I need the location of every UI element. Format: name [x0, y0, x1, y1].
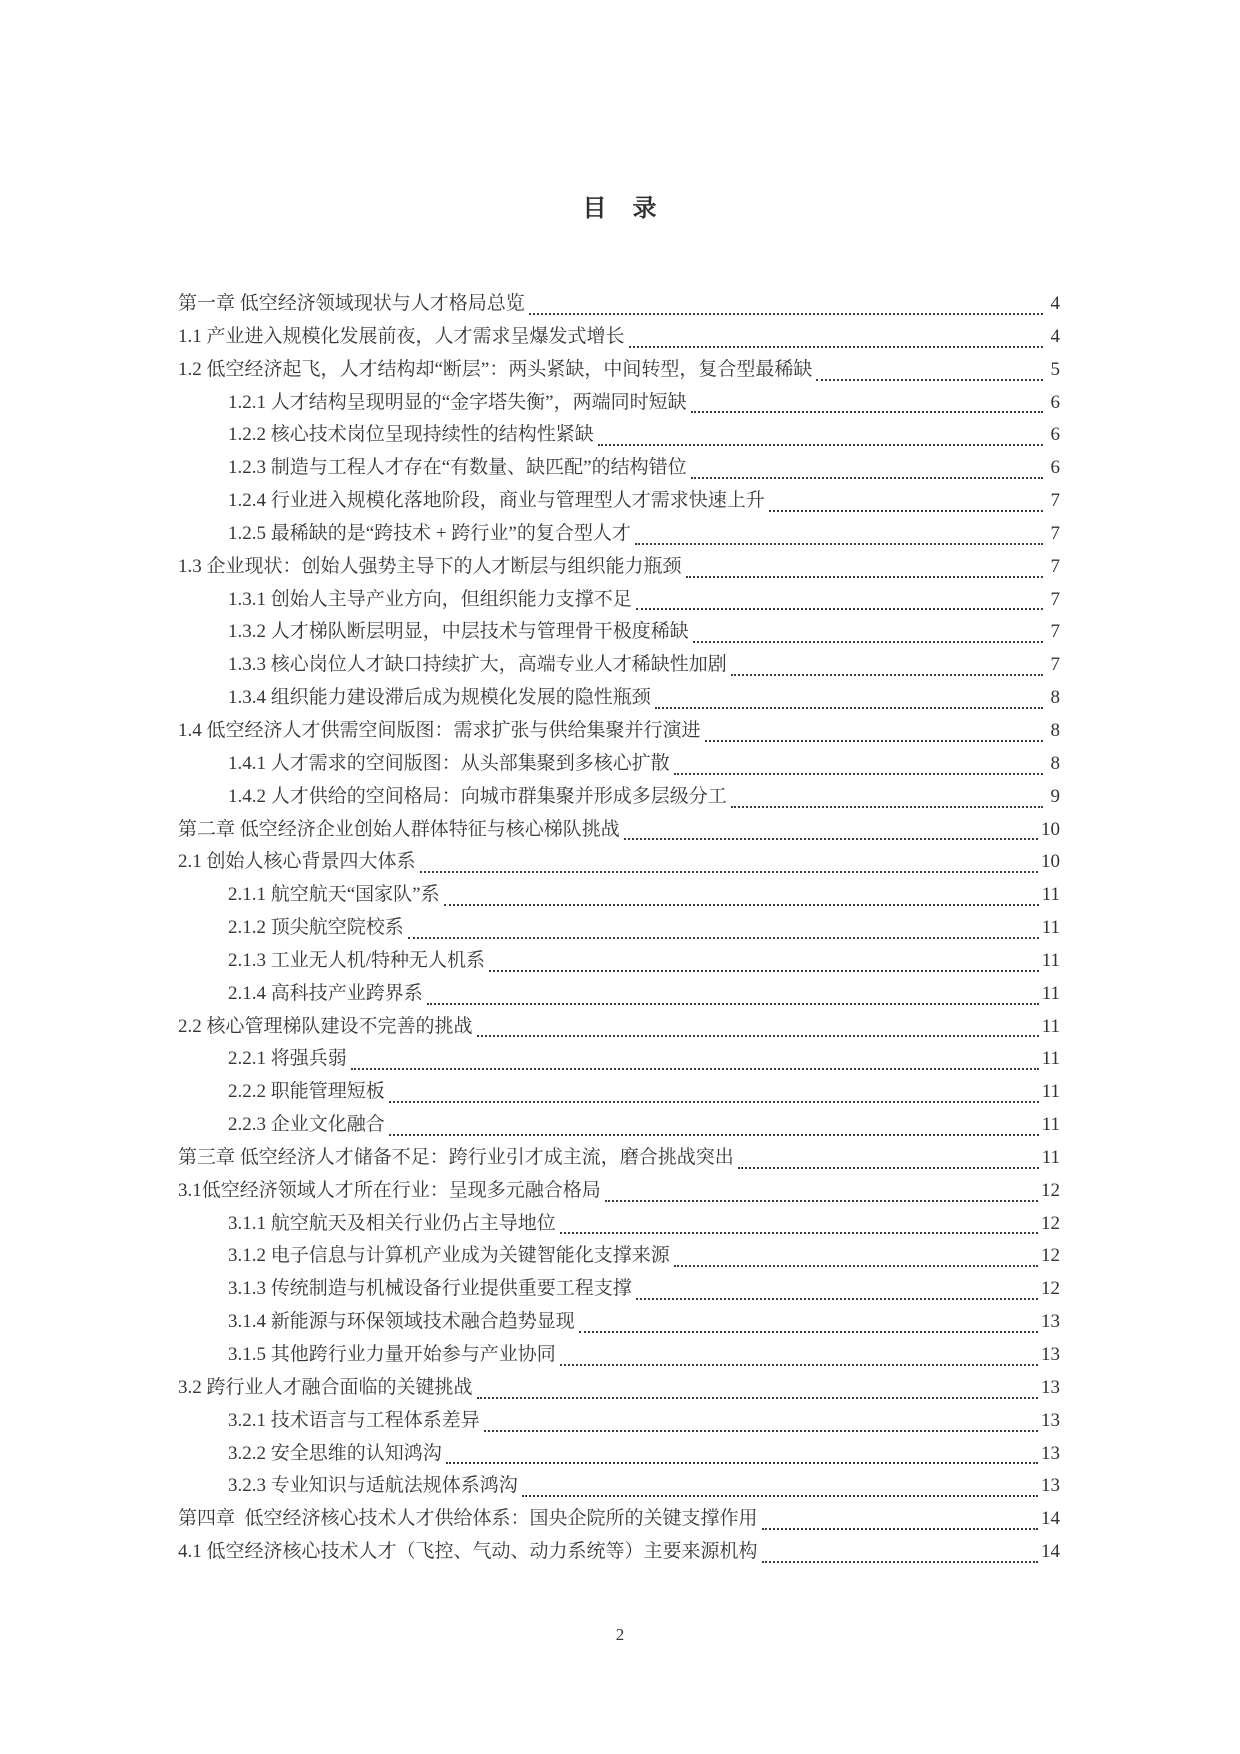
toc-entry-page: 5 — [1046, 359, 1060, 381]
toc-entry-page: 11 — [1042, 983, 1060, 1005]
toc-entry-page: 4 — [1046, 326, 1060, 348]
toc-leader-dots — [489, 970, 1039, 972]
toc-entry-label: 1.1 产业进入规模化发展前夜，人才需求呈爆发式增长 — [178, 321, 625, 348]
toc-leader-dots — [629, 346, 1043, 348]
toc-entry[interactable]: 第四章 低空经济核心技术人才供给体系：国央企院所的关键支撑作用 14 — [178, 1503, 1060, 1536]
toc-entry-page: 11 — [1042, 1048, 1060, 1070]
toc-leader-dots — [636, 1298, 1038, 1300]
toc-entry-label: 3.1.4 新能源与环保领域技术融合趋势显现 — [228, 1306, 575, 1333]
toc-entry-label: 第一章 低空经济领域现状与人才格局总览 — [178, 288, 525, 315]
toc-entry[interactable]: 1.2.4 行业进入规模化落地阶段，商业与管理型人才需求快速上升 7 — [178, 485, 1060, 518]
toc-leader-dots — [635, 543, 1043, 545]
toc-entry-page: 11 — [1042, 1016, 1060, 1038]
toc-entry-page: 9 — [1046, 786, 1060, 808]
toc-entry-label: 1.3.2 人才梯队断层明显，中层技术与管理骨干极度稀缺 — [228, 616, 689, 643]
toc-entry[interactable]: 第二章 低空经济企业创始人群体特征与核心梯队挑战 10 — [178, 814, 1060, 847]
toc-entry-page: 8 — [1046, 753, 1060, 775]
toc-entry-page: 10 — [1041, 851, 1060, 873]
toc-entry-label: 1.2.3 制造与工程人才存在“有数量、缺匹配”的结构错位 — [228, 452, 687, 479]
toc-leader-dots — [674, 1265, 1038, 1267]
toc-entry-page: 11 — [1042, 1147, 1060, 1169]
toc-entry-label: 3.2.1 技术语言与工程体系差异 — [228, 1405, 480, 1432]
toc-leader-dots — [427, 1003, 1039, 1005]
toc-entry-page: 7 — [1046, 589, 1060, 611]
toc-entry[interactable]: 1.3.4 组织能力建设滞后成为规模化发展的隐性瓶颈 8 — [178, 682, 1060, 715]
toc-leader-dots — [446, 1462, 1038, 1464]
toc-leader-dots — [477, 1397, 1038, 1399]
toc-leader-dots — [731, 806, 1043, 808]
toc-leader-dots — [579, 1331, 1038, 1333]
toc-entry-label: 2.1.3 工业无人机/特种无人机系 — [228, 945, 485, 972]
toc-entry[interactable]: 1.2.3 制造与工程人才存在“有数量、缺匹配”的结构错位 6 — [178, 452, 1060, 485]
toc-leader-dots — [605, 1200, 1038, 1202]
toc-leader-dots — [762, 1561, 1038, 1563]
toc-entry-label: 3.1.3 传统制造与机械设备行业提供重要工程支撑 — [228, 1273, 632, 1300]
toc-entry-label: 2.1.2 顶尖航空院校系 — [228, 912, 404, 939]
toc-leader-dots — [389, 1134, 1039, 1136]
toc-leader-dots — [444, 904, 1039, 906]
toc-entry[interactable]: 3.2.3 专业知识与适航法规体系鸿沟 13 — [178, 1470, 1060, 1503]
toc-entry[interactable]: 2.1.1 航空航天“国家队”系 11 — [178, 879, 1060, 912]
toc-entry-label: 3.2.2 安全思维的认知鸿沟 — [228, 1438, 442, 1465]
toc-entry[interactable]: 1.4.1 人才需求的空间版图：从头部集聚到多核心扩散 8 — [178, 748, 1060, 781]
toc-entry-label: 1.2.2 核心技术岗位呈现持续性的结构性紧缺 — [228, 419, 594, 446]
toc-entry-label: 2.2 核心管理梯队建设不完善的挑战 — [178, 1011, 473, 1038]
toc-entry[interactable]: 1.2.2 核心技术岗位呈现持续性的结构性紧缺 6 — [178, 419, 1060, 452]
toc-entry-page: 7 — [1046, 523, 1060, 545]
toc-leader-dots — [816, 379, 1043, 381]
toc-entry-label: 3.1低空经济领域人才所在行业：呈现多元融合格局 — [178, 1175, 601, 1202]
toc-entry-page: 11 — [1042, 1081, 1060, 1103]
toc-entry[interactable]: 2.1 创始人核心背景四大体系 10 — [178, 846, 1060, 879]
toc-entry-label: 第四章 低空经济核心技术人才供给体系：国央企院所的关键支撑作用 — [178, 1503, 758, 1530]
toc-entry-label: 2.2.1 将强兵弱 — [228, 1043, 347, 1070]
toc-entry-label: 1.3.3 核心岗位人才缺口持续扩大，高端专业人才稀缺性加剧 — [228, 649, 727, 676]
toc-entry[interactable]: 3.2.2 安全思维的认知鸿沟 13 — [178, 1438, 1060, 1471]
toc-leader-dots — [389, 1101, 1039, 1103]
toc-entry[interactable]: 2.1.3 工业无人机/特种无人机系 11 — [178, 945, 1060, 978]
toc-leader-dots — [484, 1430, 1038, 1432]
toc-entry-page: 6 — [1046, 457, 1060, 479]
toc-entry-page: 7 — [1046, 621, 1060, 643]
toc-entry-page: 12 — [1041, 1213, 1060, 1235]
toc-leader-dots — [560, 1232, 1038, 1234]
toc-entry[interactable]: 3.1.4 新能源与环保领域技术融合趋势显现 13 — [178, 1306, 1060, 1339]
toc-entry[interactable]: 1.4.2 人才供给的空间格局：向城市群集聚并形成多层级分工 9 — [178, 781, 1060, 814]
toc-entry-page: 11 — [1042, 917, 1060, 939]
toc-entry[interactable]: 3.1.5 其他跨行业力量开始参与产业协同 13 — [178, 1339, 1060, 1372]
toc-entry[interactable]: 2.2.1 将强兵弱 11 — [178, 1043, 1060, 1076]
toc-entry-label: 第二章 低空经济企业创始人群体特征与核心梯队挑战 — [178, 814, 620, 841]
toc-entry-page: 8 — [1046, 687, 1060, 709]
toc-leader-dots — [477, 1035, 1039, 1037]
toc-entry-page: 6 — [1046, 424, 1060, 446]
toc-entry-label: 1.3.1 创始人主导产业方向，但组织能力支撑不足 — [228, 584, 632, 611]
toc-entry[interactable]: 1.3.2 人才梯队断层明显，中层技术与管理骨干极度稀缺 7 — [178, 616, 1060, 649]
toc-entry-page: 12 — [1041, 1278, 1060, 1300]
toc-entry[interactable]: 1.1 产业进入规模化发展前夜，人才需求呈爆发式增长 4 — [178, 321, 1060, 354]
toc-leader-dots — [351, 1068, 1039, 1070]
toc-entry-page: 7 — [1046, 556, 1060, 578]
toc-entry[interactable]: 1.3 企业现状：创始人强势主导下的人才断层与组织能力瓶颈 7 — [178, 551, 1060, 584]
toc-entry[interactable]: 4.1 低空经济核心技术人才（飞控、气动、动力系统等）主要来源机构 14 — [178, 1536, 1060, 1569]
toc-leader-dots — [522, 1495, 1038, 1497]
toc-entry[interactable]: 1.4 低空经济人才供需空间版图：需求扩张与供给集聚并行演进 8 — [178, 715, 1060, 748]
toc-entry-page: 11 — [1042, 950, 1060, 972]
toc-entry[interactable]: 1.2 低空经济起飞，人才结构却“断层”：两头紧缺，中间转型，复合型最稀缺 5 — [178, 354, 1060, 387]
toc-entry[interactable]: 3.2.1 技术语言与工程体系差异 13 — [178, 1405, 1060, 1438]
toc-entry-page: 14 — [1041, 1508, 1060, 1530]
toc-leader-dots — [686, 576, 1043, 578]
toc-entry-label: 1.2.1 人才结构呈现明显的“金字塔失衡”，两端同时短缺 — [228, 387, 687, 414]
toc-entry[interactable]: 3.1.3 传统制造与机械设备行业提供重要工程支撑 12 — [178, 1273, 1060, 1306]
toc-leader-dots — [655, 707, 1043, 709]
toc-entry-page: 4 — [1046, 293, 1060, 315]
toc-entry[interactable]: 第一章 低空经济领域现状与人才格局总览 4 — [178, 288, 1060, 321]
toc-entry-label: 第三章 低空经济人才储备不足：跨行业引才成主流，磨合挑战突出 — [178, 1142, 734, 1169]
toc-entry-page: 10 — [1041, 819, 1060, 841]
toc-entry-label: 2.1.1 航空航天“国家队”系 — [228, 879, 440, 906]
toc-entry-page: 11 — [1042, 884, 1060, 906]
toc-entry[interactable]: 2.1.4 高科技产业跨界系 11 — [178, 978, 1060, 1011]
toc-entry-page: 6 — [1046, 392, 1060, 414]
toc-leader-dots — [624, 838, 1038, 840]
toc-leader-dots — [738, 1167, 1039, 1169]
toc-entry-page: 12 — [1041, 1180, 1060, 1202]
toc-entry-label: 2.2.2 职能管理短板 — [228, 1076, 385, 1103]
toc-leader-dots — [420, 871, 1038, 873]
toc-list: 第一章 低空经济领域现状与人才格局总览 4 1.1 产业进入规模化发展前夜，人才… — [178, 288, 1060, 1569]
toc-entry-label: 4.1 低空经济核心技术人才（飞控、气动、动力系统等）主要来源机构 — [178, 1536, 758, 1563]
toc-entry-label: 1.2 低空经济起飞，人才结构却“断层”：两头紧缺，中间转型，复合型最稀缺 — [178, 354, 812, 381]
toc-entry-page: 14 — [1041, 1541, 1060, 1563]
page-footer: 2 — [0, 1625, 1240, 1645]
toc-entry-label: 1.3.4 组织能力建设滞后成为规模化发展的隐性瓶颈 — [228, 682, 651, 709]
toc-entry[interactable]: 1.2.1 人才结构呈现明显的“金字塔失衡”，两端同时短缺 6 — [178, 387, 1060, 420]
toc-leader-dots — [408, 937, 1039, 939]
toc-entry-label: 1.4.1 人才需求的空间版图：从头部集聚到多核心扩散 — [228, 748, 670, 775]
toc-entry-label: 1.2.5 最稀缺的是“跨技术 + 跨行业”的复合型人才 — [228, 518, 631, 545]
toc-title: 目 录 — [0, 0, 1240, 223]
toc-leader-dots — [529, 313, 1043, 315]
toc-leader-dots — [705, 740, 1043, 742]
toc-entry[interactable]: 3.2 跨行业人才融合面临的关键挑战 13 — [178, 1372, 1060, 1405]
toc-entry-label: 2.1.4 高科技产业跨界系 — [228, 978, 423, 1005]
toc-entry-page: 7 — [1046, 490, 1060, 512]
toc-entry-label: 2.2.3 企业文化融合 — [228, 1109, 385, 1136]
toc-entry[interactable]: 3.1.1 航空航天及相关行业仍占主导地位 12 — [178, 1208, 1060, 1241]
toc-entry-page: 8 — [1046, 720, 1060, 742]
toc-leader-dots — [560, 1364, 1038, 1366]
toc-leader-dots — [693, 641, 1043, 643]
toc-leader-dots — [769, 510, 1043, 512]
toc-entry[interactable]: 1.2.5 最稀缺的是“跨技术 + 跨行业”的复合型人才 7 — [178, 518, 1060, 551]
toc-entry-page: 13 — [1041, 1475, 1060, 1497]
toc-entry-label: 3.1.5 其他跨行业力量开始参与产业协同 — [228, 1339, 556, 1366]
toc-entry[interactable]: 3.1低空经济领域人才所在行业：呈现多元融合格局 12 — [178, 1175, 1060, 1208]
toc-entry-label: 2.1 创始人核心背景四大体系 — [178, 846, 416, 873]
toc-entry-label: 1.4 低空经济人才供需空间版图：需求扩张与供给集聚并行演进 — [178, 715, 701, 742]
toc-entry[interactable]: 3.1.2 电子信息与计算机产业成为关键智能化支撑来源 12 — [178, 1240, 1060, 1273]
toc-entry-page: 13 — [1041, 1377, 1060, 1399]
toc-entry[interactable]: 2.2.2 职能管理短板 11 — [178, 1076, 1060, 1109]
toc-leader-dots — [598, 444, 1043, 446]
toc-entry[interactable]: 2.1.2 顶尖航空院校系 11 — [178, 912, 1060, 945]
toc-entry[interactable]: 2.2.3 企业文化融合 11 — [178, 1109, 1060, 1142]
toc-entry-label: 3.2 跨行业人才融合面临的关键挑战 — [178, 1372, 473, 1399]
toc-entry-page: 13 — [1041, 1443, 1060, 1465]
toc-entry-page: 11 — [1042, 1114, 1060, 1136]
toc-entry-page: 13 — [1041, 1344, 1060, 1366]
toc-entry-page: 13 — [1041, 1311, 1060, 1333]
toc-entry-label: 1.3 企业现状：创始人强势主导下的人才断层与组织能力瓶颈 — [178, 551, 682, 578]
toc-leader-dots — [731, 674, 1043, 676]
toc-entry[interactable]: 1.3.3 核心岗位人才缺口持续扩大，高端专业人才稀缺性加剧 7 — [178, 649, 1060, 682]
toc-leader-dots — [674, 773, 1043, 775]
toc-entry-page: 13 — [1041, 1410, 1060, 1432]
document-page: 目 录 第一章 低空经济领域现状与人才格局总览 4 1.1 产业进入规模化发展前… — [0, 0, 1240, 1754]
toc-leader-dots — [762, 1528, 1038, 1530]
toc-entry-label: 3.2.3 专业知识与适航法规体系鸿沟 — [228, 1470, 518, 1497]
toc-leader-dots — [636, 608, 1043, 610]
toc-entry-page: 12 — [1041, 1245, 1060, 1267]
footer-page-number: 2 — [616, 1625, 625, 1644]
toc-entry[interactable]: 第三章 低空经济人才储备不足：跨行业引才成主流，磨合挑战突出 11 — [178, 1142, 1060, 1175]
toc-leader-dots — [691, 411, 1043, 413]
toc-entry-label: 1.2.4 行业进入规模化落地阶段，商业与管理型人才需求快速上升 — [228, 485, 765, 512]
toc-entry[interactable]: 1.3.1 创始人主导产业方向，但组织能力支撑不足 7 — [178, 584, 1060, 617]
toc-entry-label: 3.1.2 电子信息与计算机产业成为关键智能化支撑来源 — [228, 1240, 670, 1267]
toc-leader-dots — [691, 477, 1043, 479]
toc-entry-label: 3.1.1 航空航天及相关行业仍占主导地位 — [228, 1208, 556, 1235]
toc-entry-label: 1.4.2 人才供给的空间格局：向城市群集聚并形成多层级分工 — [228, 781, 727, 808]
toc-entry-page: 7 — [1046, 654, 1060, 676]
toc-entry[interactable]: 2.2 核心管理梯队建设不完善的挑战 11 — [178, 1011, 1060, 1044]
